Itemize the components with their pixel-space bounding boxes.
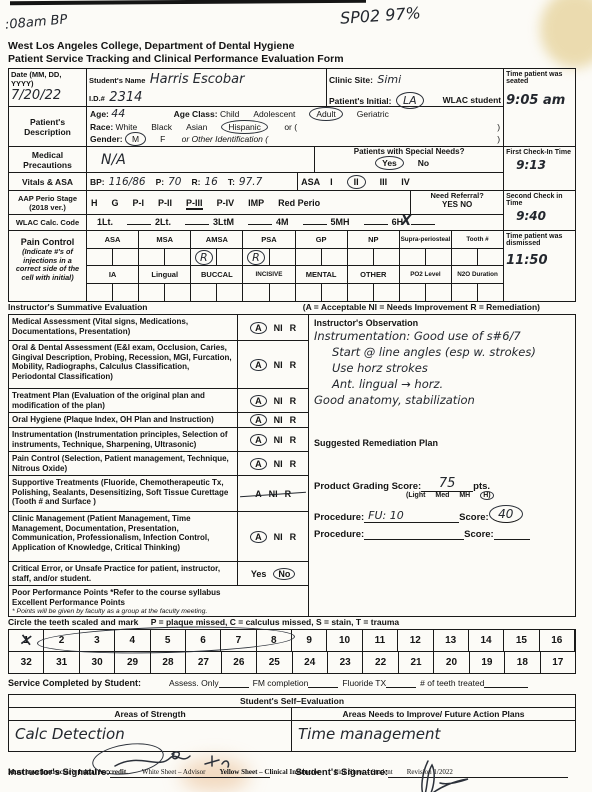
tooth-11: 11: [363, 630, 398, 651]
eval-option-r: R: [290, 459, 297, 469]
eval-row: Instrumentation (Instrumentation princip…: [9, 428, 308, 452]
option-asian: Asian: [186, 122, 207, 132]
pain-entry-row2: [87, 284, 138, 301]
pain-header-N2O-Duration: N2O Duration: [452, 266, 503, 284]
asa-cell: ASA IIIIIIIV: [298, 173, 503, 190]
race-options: WhiteBlackAsianHispanic: [116, 122, 282, 132]
pain-subcell: [348, 284, 374, 301]
blank-line: [303, 216, 327, 225]
grading-value: 75: [421, 476, 473, 492]
option-adult: Adult: [309, 107, 342, 121]
pain-subcell: [139, 284, 165, 301]
observation-line: Good anatomy, stabilization: [314, 392, 570, 408]
eval-option-a: A: [250, 434, 267, 446]
observation-header: Instructor's Observation: [314, 318, 570, 328]
footer-revision: Revision 1/2022: [407, 768, 453, 776]
injection-mark-psa: R: [247, 250, 265, 265]
blank-line: [127, 216, 151, 225]
pain-header-INCISIVE: INCISIVE: [243, 266, 294, 284]
form-title: West Los Angeles College, Department of …: [8, 40, 344, 66]
pain-col-msa: MSALingual: [139, 231, 191, 301]
eval-row-label: Oral Hygiene (Plaque Index, OH Plan and …: [9, 413, 238, 427]
pain-col-supra-periosteal: Supra-periostealPO2 Level: [400, 231, 452, 301]
critical-error-label: Critical Error, or Unsafe Practice for p…: [9, 562, 238, 585]
pain-entry-row1: [296, 249, 347, 266]
option-white: White: [116, 122, 138, 132]
eval-option-ni: NI: [274, 360, 283, 370]
pain-header-PSA: PSA: [243, 231, 294, 249]
student-name-label: Student's Name: [89, 76, 145, 85]
tooth-19: 19: [470, 652, 505, 673]
pain-header-ASA: ASA: [87, 231, 138, 249]
pain-subcell: [374, 284, 399, 301]
tooth-29: 29: [115, 652, 150, 673]
temp-label: T:: [228, 177, 235, 187]
pain-entry-row1: [452, 249, 503, 266]
performance-points-line: Excellent Performance Points: [12, 598, 305, 608]
remediation-header: Suggested Remediation Plan: [314, 438, 570, 448]
pain-header-GP: GP: [296, 231, 347, 249]
procedure1-label: Procedure:: [314, 512, 364, 523]
gender-other-label: or Other Identification (: [182, 134, 268, 144]
eval-row-result: ANIR: [238, 389, 308, 412]
clinic-site-value: Simi: [377, 73, 401, 86]
time-seated-label: Time patient was seated: [506, 71, 573, 85]
eval-option-a: A: [250, 322, 267, 334]
pain-subcell: [165, 249, 190, 265]
tooth-17: 17: [541, 652, 575, 673]
eval-row-result: ANIR: [238, 315, 308, 340]
pain-col-tooth-: Tooth #N2O Duration: [452, 231, 503, 301]
option-hispanic: Hispanic: [221, 120, 268, 134]
pain-subcell: [217, 284, 242, 301]
teeth-caption: Circle the teeth scaled and mark P = pla…: [8, 617, 399, 627]
pain-subcell: [374, 249, 399, 265]
title-line2: Patient Service Tracking and Clinical Pe…: [8, 53, 344, 66]
observation-line: Start @ line angles (esp w. strokes): [314, 344, 570, 360]
pain-subcell: [452, 249, 478, 265]
option-red-perio: Red Perio: [278, 198, 320, 208]
observation-line: Instrumentation: Good use of s#6/7: [314, 328, 570, 344]
service-fluoride-label: Fluoride TX: [342, 678, 386, 688]
student-name-value: Harris Escobar: [150, 72, 245, 87]
tooth-crossed-mark: ✕: [18, 630, 35, 652]
performance-points-row: Poor Performance Points *Refer to the co…: [9, 586, 308, 616]
tooth-16: 16: [540, 630, 575, 651]
teeth-row-upper: 1✕2345678910111213141516: [9, 630, 575, 652]
time-column: Time patient was seated 9:05 am First Ch…: [504, 69, 575, 301]
pain-subcell: [400, 249, 426, 265]
first-checkin-value: 9:13: [516, 158, 573, 172]
eval-row-result: ANIR: [238, 452, 308, 475]
score2-label: Score:: [464, 529, 494, 540]
age-label: Age:: [90, 109, 109, 119]
pulse-value: 70: [168, 176, 181, 188]
scale-light: (Light: [406, 492, 425, 499]
eval-option-ni: NI: [274, 323, 283, 333]
scale-mh: MH: [459, 492, 470, 499]
option-f: F: [160, 134, 165, 144]
special-needs-cell: Patients with Special Needs? YesNo: [315, 147, 503, 172]
pain-subcell: [426, 284, 451, 301]
eval-key: (A = Acceptable NI = Needs Improvement R…: [303, 302, 540, 312]
scan-stain: [540, 0, 592, 68]
race-or: or (: [284, 122, 297, 132]
service-fm-blank: [308, 679, 338, 688]
patient-initial-label: Patient's Initial:: [329, 96, 391, 106]
handwritten-bp-note: :08am BP: [4, 12, 68, 32]
eval-row-label: Medical Assessment (Vital signs, Medicat…: [9, 315, 238, 340]
vitals-values: BP:116/86 P:70 R:16 T:97.7: [87, 173, 298, 190]
areas-of-strength-header: Areas of Strength: [9, 708, 292, 720]
tooth-24: 24: [293, 652, 328, 673]
pain-subcell: [400, 284, 426, 301]
pain-control-grid: ASAIAMSALingualAMSARBUCCALPSARINCISIVEGP…: [87, 231, 503, 301]
option-p-iii: P-III: [186, 198, 203, 210]
tooth-27: 27: [186, 652, 221, 673]
pain-subcell: [478, 249, 503, 265]
eval-row: Supportive Treatments (Fluoride, Chemoth…: [9, 476, 308, 512]
scale-h-selected: H): [480, 491, 493, 500]
tooth-18: 18: [505, 652, 540, 673]
eval-row-label: Clinic Management (Patient Management, T…: [9, 512, 238, 561]
tooth-15: 15: [504, 630, 539, 651]
bp-label: BP:: [90, 177, 105, 187]
footer-pink-sheet: Pink Sheet – Student: [334, 768, 393, 776]
eval-option-r: R: [290, 323, 297, 333]
performance-points-text: Poor Performance Points *Refer to the co…: [9, 586, 308, 616]
aap-options: HGP-IP-IIP-IIIP-IVIMPRed Perio: [91, 198, 334, 208]
eval-row-result: ANIR: [238, 413, 308, 427]
pain-header-AMSA: AMSA: [191, 231, 242, 249]
eval-option-ni: NI: [274, 396, 283, 406]
eval-row: Treatment Plan (Evaluation of the origin…: [9, 389, 308, 413]
pain-header-IA: IA: [87, 266, 138, 284]
service-teeth-count-label: # of teeth treated: [420, 678, 484, 688]
pain-header-NP: NP: [348, 231, 399, 249]
eval-row-result: ANIR: [238, 476, 308, 511]
eval-option-r: R: [285, 489, 292, 499]
pain-subcell: [296, 249, 322, 265]
option-i: I: [330, 177, 333, 187]
tooth-32: 32: [9, 652, 44, 673]
pain-subcell: [452, 284, 478, 301]
procedure1-value: FU: 10: [364, 509, 459, 523]
asa-options: IIIIIIIV: [330, 177, 424, 187]
pain-entry-row2: [400, 284, 451, 301]
eval-row-label: Treatment Plan (Evaluation of the origin…: [9, 389, 238, 412]
pain-entry-row2: [348, 284, 399, 301]
pain-subcell: [191, 284, 217, 301]
asa-label: ASA: [301, 177, 320, 187]
header-table: Date (MM, DD, YYYY) 7/20/22 Student's Na…: [8, 68, 576, 302]
eval-option-ni: NI: [274, 532, 283, 542]
tooth-20: 20: [434, 652, 469, 673]
pain-header-Lingual: Lingual: [139, 266, 190, 284]
eval-row-label: Instrumentation (Instrumentation princip…: [9, 428, 238, 451]
wlac-student-label: WLAC student: [443, 95, 502, 105]
date-field: Date (MM, DD, YYYY) 7/20/22: [9, 69, 87, 106]
self-evaluation-table: Student's Self–Evaluation Areas of Stren…: [8, 694, 576, 752]
eval-option-ni: NI: [269, 489, 278, 499]
id-label: I.D.#: [89, 94, 105, 103]
date-value: 7/20/22: [11, 88, 84, 103]
tooth-12: 12: [398, 630, 433, 651]
first-checkin-label: First Check-In Time: [506, 149, 573, 156]
evaluation-rows: Medical Assessment (Vital signs, Medicat…: [8, 314, 308, 617]
observation-line: Ant. lingual → horz.: [314, 376, 570, 392]
eval-row: Oral Hygiene (Plaque Index, OH Plan and …: [9, 413, 308, 428]
pain-subcell: [322, 249, 347, 265]
pain-subcell: [113, 249, 138, 265]
scan-edge-bar: [10, 0, 366, 5]
eval-row-label: Supportive Treatments (Fluoride, Chemoth…: [9, 476, 238, 511]
option-geriatric: Geriatric: [357, 109, 389, 119]
pain-subcell: [348, 249, 374, 265]
tooth-9: 9: [292, 630, 327, 651]
option-child: Child: [220, 109, 239, 119]
blank-line: [364, 216, 388, 225]
service-assess-label: Assess. Only: [169, 678, 219, 688]
summative-eval-header: Instructor's Summative Evaluation: [8, 302, 147, 312]
pain-entry-row2: [452, 284, 503, 301]
procedure2-label: Procedure:: [314, 529, 364, 540]
service-assess-blank: [219, 679, 249, 688]
service-label: Service Completed by Student:: [8, 678, 141, 688]
eval-option-r: R: [290, 360, 297, 370]
age-class-options: ChildAdolescentAdultGeriatric: [220, 109, 403, 119]
pain-subcell: [87, 249, 113, 265]
blank-line: [185, 216, 209, 225]
service-fluoride-blank: [386, 679, 416, 688]
pain-subcell: R: [243, 249, 269, 265]
blank-line: [411, 216, 435, 225]
first-checkin-cell: First Check-In Time 9:13: [504, 147, 575, 191]
pain-entry-row2: [243, 284, 294, 301]
critical-error-result: YesNo: [238, 562, 308, 585]
pain-entry-row2: [296, 284, 347, 301]
date-label: Date (MM, DD, YYYY): [11, 70, 84, 88]
tooth-28: 28: [151, 652, 186, 673]
pain-header-MSA: MSA: [139, 231, 190, 249]
time-dismissed-label: Time patient was dismissed: [506, 233, 573, 247]
option-m: M: [125, 132, 146, 146]
option-2lt-: 2Lt.: [155, 217, 171, 227]
referral-label: Need Referral?: [411, 191, 503, 200]
blank-line: [248, 216, 272, 225]
tooth-23: 23: [328, 652, 363, 673]
option-iv: IV: [401, 177, 410, 187]
areas-to-improve-header: Areas Needs to Improve/ Future Action Pl…: [292, 708, 575, 720]
special-needs-label: Patients with Special Needs?: [315, 147, 503, 156]
pain-entry-row2: [191, 284, 242, 301]
tooth-13: 13: [434, 630, 469, 651]
pain-header-OTHER: OTHER: [348, 266, 399, 284]
pain-subcell: [87, 284, 113, 301]
performance-points-line: * Points will be given by faculty as a g…: [12, 607, 305, 617]
age-class-label: Age Class:: [174, 109, 218, 119]
second-check-cell: Second Check in Time 9:40: [504, 191, 575, 231]
calc-code-label: WLAC Calc. Code: [9, 215, 87, 230]
race-label: Race:: [90, 122, 113, 132]
score1-value: 40: [489, 505, 523, 523]
scale-med: Med: [435, 492, 449, 499]
referral-options: YES NO: [411, 200, 503, 209]
tooth-10: 10: [327, 630, 362, 651]
pain-entry-row1: R: [191, 249, 242, 266]
patient-description-label: Patient's Description: [9, 107, 87, 146]
age-line: Age: 44 Age Class: ChildAdolescentAdultG…: [90, 108, 500, 121]
pulse-label: P:: [156, 177, 165, 187]
footer-line: Must have Instructor's Initial for credi…: [8, 768, 584, 776]
eval-option-r: R: [290, 532, 297, 542]
scanned-form-page: :08am BP SP02 97% West Los Angeles Colle…: [0, 0, 592, 792]
student-name-field: Student's Name Harris Escobar I.D.# 2314: [87, 69, 327, 106]
race-line: Race: WhiteBlackAsianHispanic or ( ): [90, 121, 500, 134]
footer-credit-note: Must have Instructor's Initial for credi…: [8, 768, 128, 776]
score1-label: Score:: [459, 512, 489, 523]
medical-precautions-label: Medical Precautions: [9, 147, 87, 172]
calc-code-mark: X: [401, 214, 411, 229]
eval-row-label: Oral & Dental Assessment (E&I exam, Occl…: [9, 341, 238, 388]
pain-col-np: NPOTHER: [348, 231, 400, 301]
eval-row: Oral & Dental Assessment (E&I exam, Occl…: [9, 341, 308, 389]
eval-row-result: ANIR: [238, 512, 308, 561]
id-value: 2314: [109, 90, 142, 105]
performance-points-line: Poor Performance Points *Refer to the co…: [12, 588, 305, 598]
observation-line: Use horz strokes: [314, 360, 570, 376]
option-4m: 4M: [276, 217, 289, 227]
option-h: H: [91, 198, 98, 208]
pain-subcell: [139, 249, 165, 265]
option-ii: II: [347, 175, 366, 189]
time-seated-value: 9:05 am: [506, 93, 573, 108]
second-check-label: Second Check in Time: [506, 193, 573, 207]
eval-option-a: A: [250, 458, 267, 470]
critical-error-row: Critical Error, or Unsafe Practice for p…: [9, 562, 308, 586]
eval-option-ni: NI: [274, 459, 283, 469]
observation-box: Instructor's Observation Instrumentation…: [308, 314, 576, 617]
pain-subcell: [270, 249, 295, 265]
service-line: Service Completed by Student: Assess. On…: [8, 678, 576, 688]
special-needs-options: YesNo: [375, 158, 443, 168]
handwritten-spo2-note: SP02 97%: [339, 3, 421, 28]
pain-subcell: [322, 284, 347, 301]
pain-header-PO2-Level: PO2 Level: [400, 266, 451, 284]
time-seated-cell: Time patient was seated 9:05 am: [504, 69, 575, 147]
pain-entry-row1: [348, 249, 399, 266]
critical-option-no: No: [273, 568, 295, 580]
eval-option-a: A: [250, 359, 267, 371]
gender-close-paren: ): [497, 133, 500, 146]
pain-header-Tooth #: Tooth #: [452, 231, 503, 249]
eval-option-a: A: [250, 531, 267, 543]
race-close-paren: ): [497, 121, 500, 134]
option-iii: III: [380, 177, 388, 187]
eval-option-r: R: [290, 415, 297, 425]
pain-subcell: [217, 249, 242, 265]
eval-row: Pain Control (Selection, Patient managem…: [9, 452, 308, 476]
clinic-site-label: Clinic Site:: [329, 75, 373, 85]
option-black: Black: [151, 122, 172, 132]
pain-subcell: [478, 284, 503, 301]
score2-blank: [494, 529, 530, 540]
pain-control-label-cell: Pain Control (Indicate #'s of injections…: [9, 231, 87, 301]
time-dismissed-value: 11:50: [506, 253, 573, 268]
teeth-row-lower: 32313029282726252423222120191817: [9, 652, 575, 673]
gender-line: Gender: MF or Other Identification ( ): [90, 133, 500, 146]
eval-row: Clinic Management (Patient Management, T…: [9, 512, 308, 562]
grading-block: Product Grading Score: 75 pts. (Light Me…: [314, 470, 570, 540]
aap-label: AAP Perio Stage (2018 ver.): [9, 191, 87, 214]
tooth-22: 22: [363, 652, 398, 673]
pain-subcell: R: [191, 249, 217, 265]
procedure2-blank: [364, 529, 464, 540]
evaluation-table: Medical Assessment (Vital signs, Medicat…: [8, 314, 576, 617]
calc-code-options: 1Lt.2Lt.3LtM4M5MH6HX: [97, 214, 439, 229]
option-1lt-: 1Lt.: [97, 217, 113, 227]
critical-option-yes: Yes: [251, 569, 267, 579]
option-p-i: P-I: [133, 198, 145, 208]
pain-header-Supra-periosteal: Supra-periosteal: [400, 231, 451, 249]
pain-entry-row2: [139, 284, 190, 301]
second-check-value: 9:40: [516, 209, 573, 223]
self-eval-header: Student's Self–Evaluation: [9, 695, 575, 708]
option-adolescent: Adolescent: [253, 109, 295, 119]
pain-control-label: Pain Control: [9, 237, 86, 247]
eval-row-result: ANIR: [238, 341, 308, 388]
grading-scale: (Light Med MH H): [406, 492, 570, 499]
observation-notes: Instrumentation: Good use of s#6/7Start …: [314, 328, 570, 408]
pain-entry-row1: [139, 249, 190, 266]
option-yes: Yes: [375, 156, 404, 170]
pain-col-asa: ASAIA: [87, 231, 139, 301]
eval-option-a: A: [250, 414, 267, 426]
pain-header-BUCCAL: BUCCAL: [191, 266, 242, 284]
time-dismissed-cell: Time patient was dismissed 11:50: [504, 231, 575, 301]
grading-label: Product Grading Score:: [314, 481, 421, 492]
vitals-label: Vitals & ASA: [9, 173, 87, 190]
gender-label: Gender:: [90, 134, 123, 144]
bp-value: 116/86: [109, 176, 146, 188]
pain-subcell: [270, 284, 295, 301]
pain-entry-row1: [400, 249, 451, 266]
teeth-caption-bold: Circle the teeth scaled and mark: [8, 617, 138, 627]
pain-entry-row1: R: [243, 249, 294, 266]
areas-to-improve-value: Time management: [292, 721, 575, 751]
injection-mark-amsa: R: [195, 250, 213, 265]
eval-option-ni: NI: [274, 415, 283, 425]
pain-subcell: [165, 284, 190, 301]
pain-entry-row1: [87, 249, 138, 266]
resp-label: R:: [191, 177, 200, 187]
calc-code-options-cell: 1Lt.2Lt.3LtM4M5MH6HX: [87, 215, 503, 230]
option-5mh: 5MH: [331, 217, 350, 227]
option-p-ii: P-II: [158, 198, 172, 208]
medical-precautions-value-cell: N/A: [87, 147, 315, 172]
tooth-14: 14: [469, 630, 504, 651]
eval-row: Medical Assessment (Vital signs, Medicat…: [9, 315, 308, 341]
age-value: 44: [111, 107, 125, 120]
gender-options: MF: [125, 134, 179, 144]
eval-row-label: Pain Control (Selection, Patient managem…: [9, 452, 238, 475]
service-teeth-count-blank: [484, 679, 528, 688]
medical-precautions-value: N/A: [101, 152, 126, 168]
tooth-30: 30: [80, 652, 115, 673]
pain-subcell: [113, 284, 138, 301]
footer-white-sheet: White Sheet – Advisor: [142, 768, 206, 776]
resp-value: 16: [204, 176, 217, 188]
